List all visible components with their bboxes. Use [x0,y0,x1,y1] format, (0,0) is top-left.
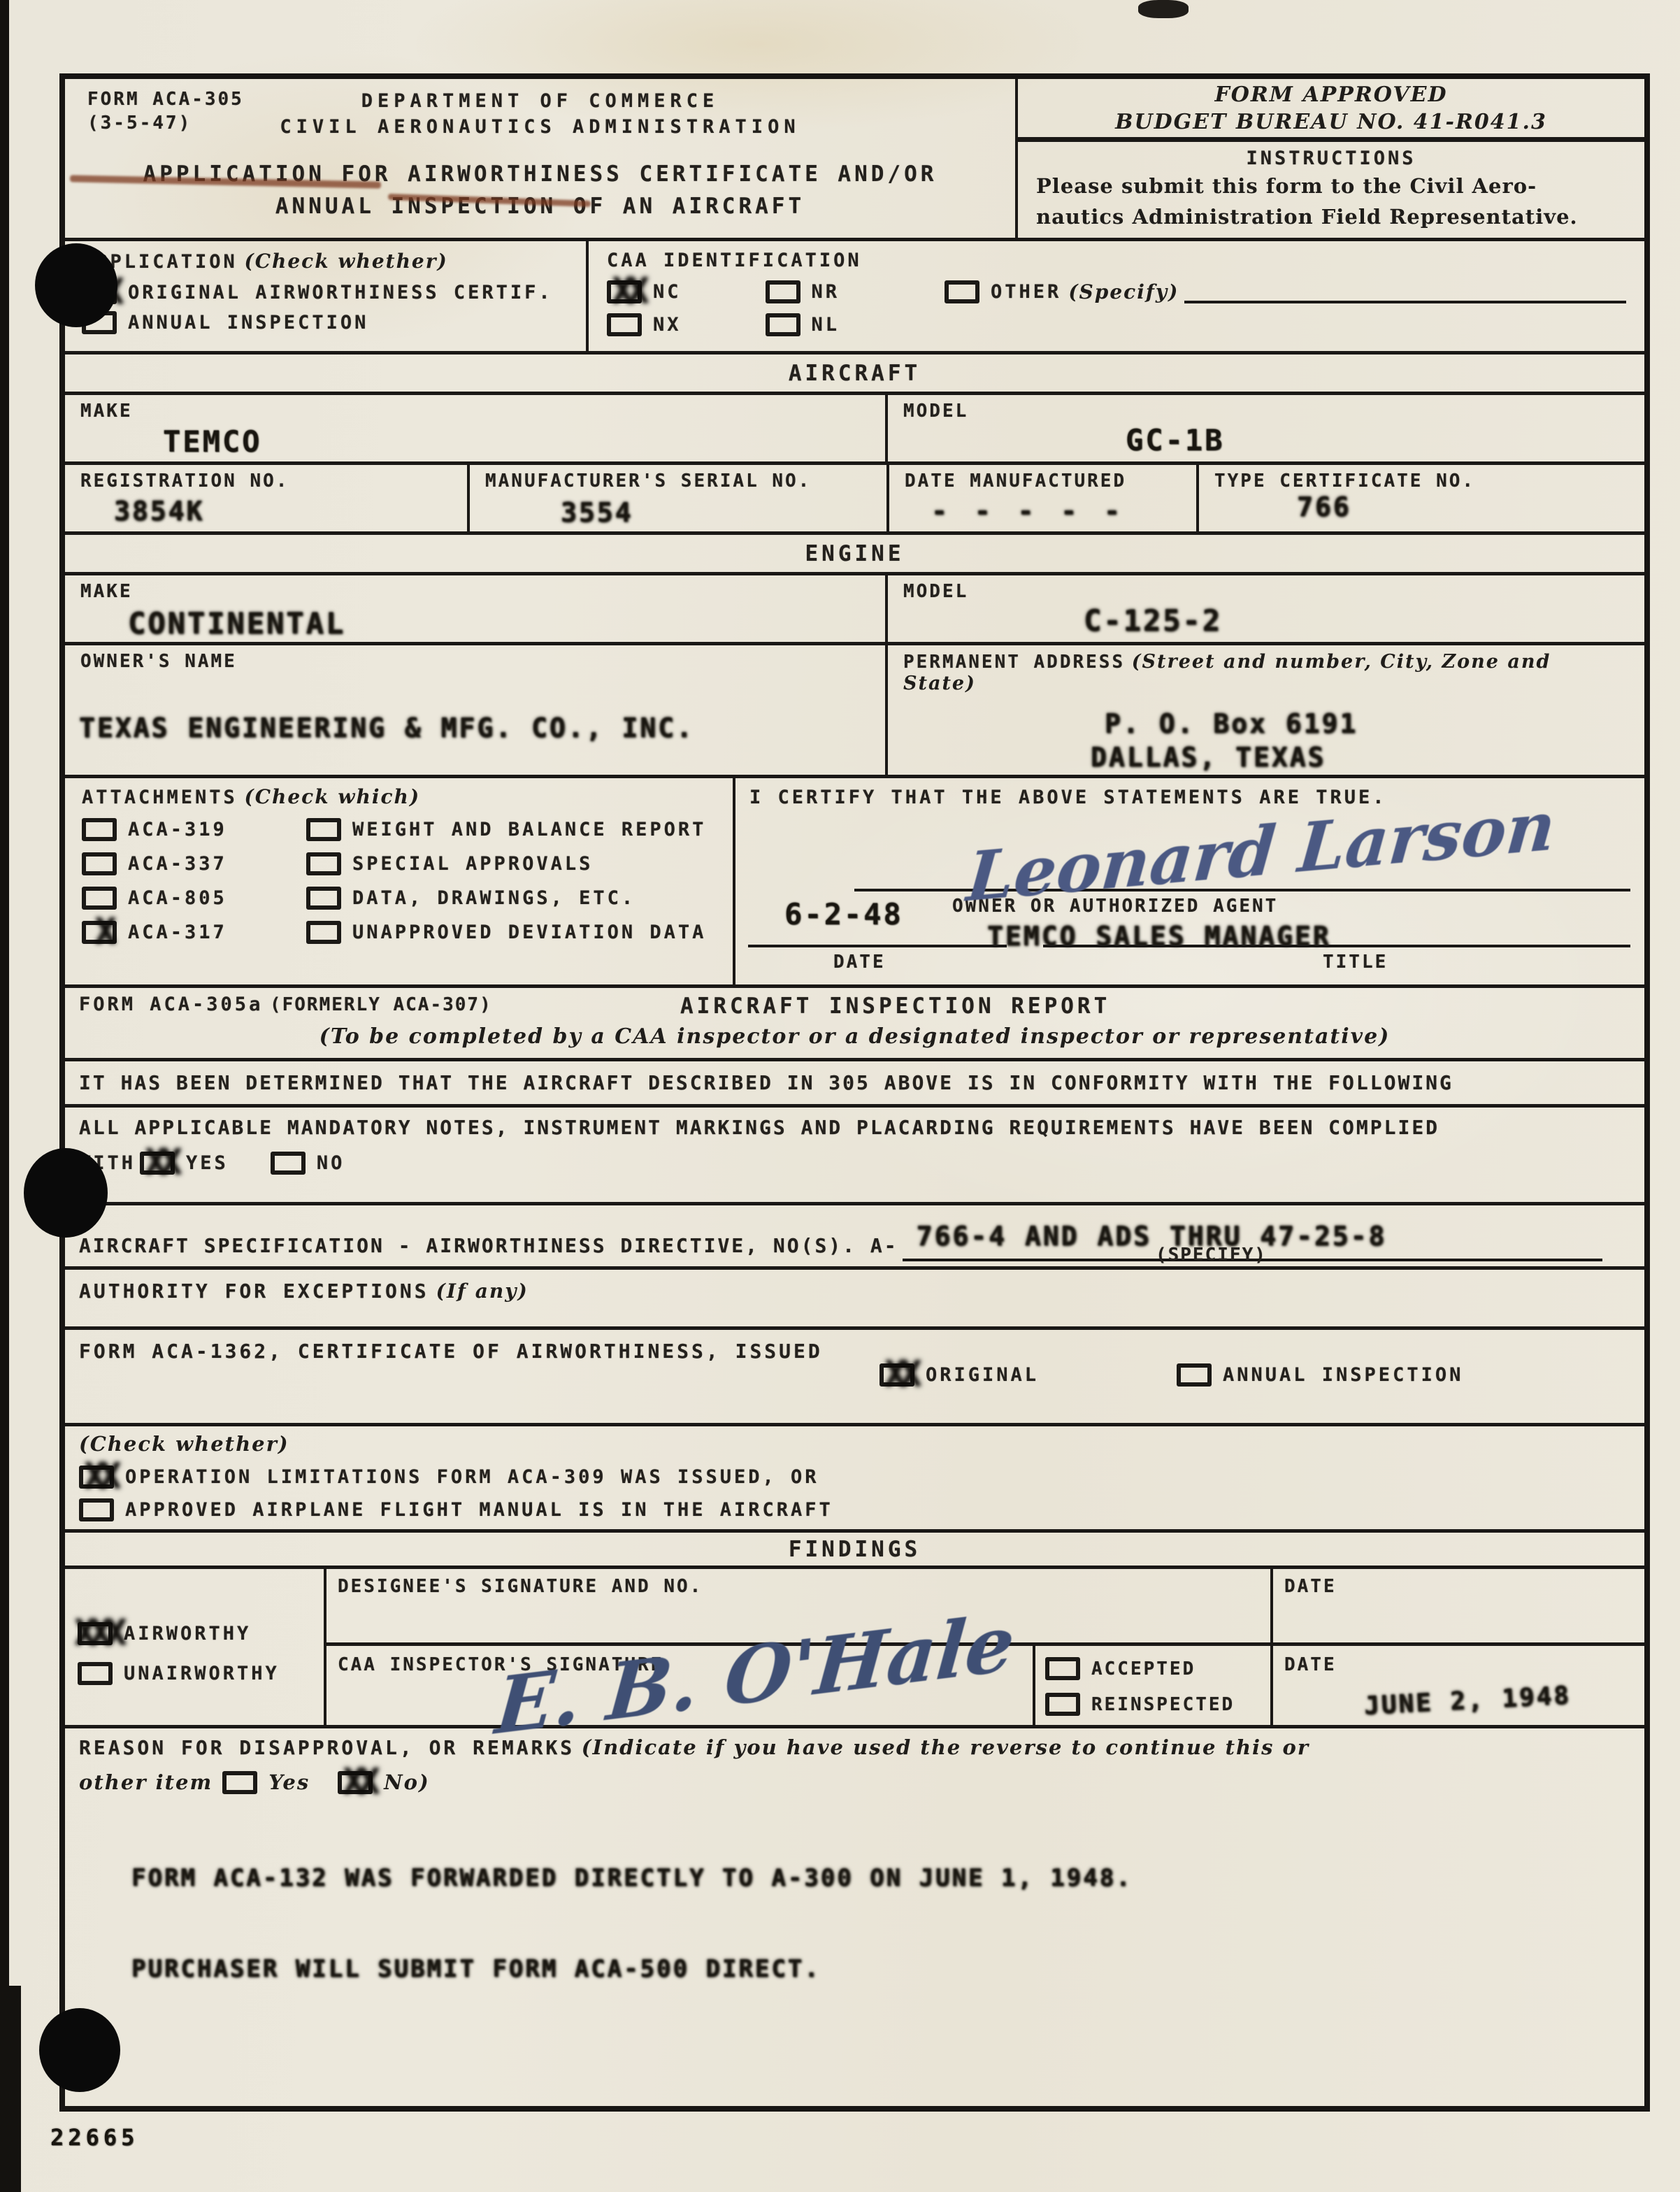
header-row: FORM ACA-305 (3-5-47) DEPARTMENT OF COMM… [65,79,1644,241]
instructions-line1: Please submit this form to the Civil Aer… [1036,171,1626,201]
nl-label: NL [812,314,840,336]
form-approved-line1: FORM APPROVED [1214,83,1447,107]
designee-date-label: DATE [1284,1576,1337,1597]
date-manufactured-cell: DATE MANUFACTURED - - - - - [886,465,1196,531]
special-approvals-checkbox[interactable] [306,852,341,875]
aca-805-label: ACA-805 [128,887,306,909]
findings-right: DESIGNEE'S SIGNATURE AND NO. DATE CAA IN… [324,1569,1644,1725]
unairworthy-checkbox[interactable] [78,1662,113,1685]
hole-punch-bottom [39,2008,120,2092]
aircraft-numbers-row: REGISTRATION NO. 3854K MANUFACTURER'S SE… [65,465,1644,535]
page-title-line2: ANNUAL INSPECTION OF AN AIRCRAFT [65,194,1015,219]
form-border: FORM ACA-305 (3-5-47) DEPARTMENT OF COMM… [59,73,1650,2112]
engine-model-value: C-125-2 [1084,603,1222,638]
aircraft-make-cell: MAKE TEMCO [65,395,885,461]
findings-verdict-cell: XXX AIRWORTHY UNAIRWORTHY [65,1569,324,1725]
inspector-row: CAA INSPECTOR'S SIGNATURE E. B. O'Hale A… [326,1646,1644,1725]
nr-label: NR [812,281,840,303]
type-certificate-cell: TYPE CERTIFICATE NO. 766 [1196,465,1644,531]
aircraft-model-label: MODEL [903,401,1644,422]
aca1362-row: FORM ACA-1362, CERTIFICATE OF AIRWORTHIN… [65,1330,1644,1426]
owner-row: OWNER'S NAME TEXAS ENGINEERING & MFG. CO… [65,645,1644,778]
reinspected-checkbox[interactable] [1045,1693,1080,1716]
hole-punch-middle [24,1148,108,1238]
unapproved-deviation-checkbox[interactable] [306,921,341,944]
owner-name-value: TEXAS ENGINEERING & MFG. CO., INC. [79,712,694,743]
instructions-line2: nautics Administration Field Representat… [1036,201,1626,232]
engine-make-cell: MAKE CONTINENTAL [65,575,885,642]
attachments-section: ATTACHMENTS (Check which) ACA-319 WEIGHT… [65,778,733,984]
attachments-label: ATTACHMENTS [82,787,238,808]
scanned-form-page: FORM ACA-305 (3-5-47) DEPARTMENT OF COMM… [0,0,1680,2192]
inspection-report-title: AIRCRAFT INSPECTION REPORT [680,994,1110,1019]
attachments-check-which: (Check which) [244,785,420,808]
aca1362-label: FORM ACA-1362, CERTIFICATE OF AIRWORTHIN… [79,1340,823,1363]
certify-title-caption: TITLE [1323,952,1388,973]
registration-value: 3854K [114,496,204,526]
nc-label: NC [653,281,682,303]
remarks-label-italic: (Indicate if you have used the reverse t… [582,1735,1309,1759]
form-305a-formerly: (FORMERLY ACA-307) [270,994,492,1015]
determined-text: IT HAS BEEN DETERMINED THAT THE AIRCRAFT… [79,1071,1453,1094]
certify-date-line[interactable] [748,945,1007,947]
remarks-no-label: No) [384,1770,430,1794]
caa-identification-section: CAA IDENTIFICATION XX NC NR OTHER (Speci… [586,241,1644,351]
serial-label: MANUFACTURER'S SERIAL NO. [485,471,886,492]
complied-yes-label: YES [186,1152,229,1174]
complied-row: ALL APPLICABLE MANDATORY NOTES, INSTRUME… [65,1108,1644,1205]
aircraft-model-value: GC-1B [1126,423,1224,457]
aircraft-make-value: TEMCO [163,424,261,459]
aircraft-make-model-row: MAKE TEMCO MODEL GC-1B [65,395,1644,465]
accepted-label: ACCEPTED [1091,1659,1196,1679]
inspector-signature-cell[interactable]: CAA INSPECTOR'S SIGNATURE E. B. O'Hale [326,1646,1033,1725]
issued-original-label: ORIGINAL [926,1364,1039,1386]
date-manufactured-value: - - - - - [931,496,1126,526]
issued-annual-checkbox[interactable] [1177,1363,1212,1387]
other-specify-line[interactable] [1184,280,1626,303]
engine-make-value: CONTINENTAL [128,606,345,640]
header-left: FORM ACA-305 (3-5-47) DEPARTMENT OF COMM… [65,79,1015,238]
registration-cell: REGISTRATION NO. 3854K [65,465,467,531]
aca-805-checkbox[interactable] [82,887,117,910]
form-approved-line2: BUDGET BUREAU NO. 41-R041.3 [1115,110,1547,134]
reinspected-label: REINSPECTED [1091,1694,1235,1715]
aca-319-checkbox[interactable] [82,818,117,841]
nx-label: NX [653,314,682,336]
form-305a-ref: FORM ACA-305a [79,994,263,1015]
determined-row: IT HAS BEEN DETERMINED THAT THE AIRCRAFT… [65,1061,1644,1108]
remarks-section: REASON FOR DISAPPROVAL, OR REMARKS (Indi… [65,1728,1644,2106]
other-checkbox[interactable] [945,280,979,303]
certify-date-caption: DATE [833,952,886,973]
header-right: FORM APPROVED BUDGET BUREAU NO. 41-R041.… [1015,79,1644,238]
application-caa-row: APPLICATION (Check whether) XX ORIGINAL … [65,241,1644,354]
nc-checkbox[interactable]: XX [607,280,642,303]
findings-title: FINDINGS [789,1537,921,1562]
operation-limitations-row: (Check whether) XX OPERATION LIMITATIONS… [65,1426,1644,1533]
scan-edge-strip [0,0,9,2192]
caa-identification-label: CAA IDENTIFICATION [607,250,1626,271]
weight-balance-label: WEIGHT AND BALANCE REPORT [352,819,706,840]
instructions-box: INSTRUCTIONS Please submit this form to … [1018,142,1644,238]
operation-limitations-checkbox[interactable]: XX [79,1466,114,1489]
annual-inspection-label: ANNUAL INSPECTION [128,312,368,334]
scan-mark-top [1138,0,1189,18]
aca-319-label: ACA-319 [128,819,306,840]
aca-317-label: ACA-317 [128,922,306,943]
remarks-body-line2: PURCHASER WILL SUBMIT FORM ACA-500 DIREC… [131,1955,1623,1983]
application-check-whether: (Check whether) [244,250,447,273]
inspection-date-cell[interactable]: DATE JUNE 2, 1948 [1270,1646,1644,1725]
engine-model-label: MODEL [903,581,1644,602]
nl-checkbox[interactable] [766,313,800,336]
engine-model-cell: MODEL C-125-2 [885,575,1644,642]
serial-value: 3554 [561,497,633,528]
aca-317-checkbox[interactable]: X [82,921,117,944]
attachment-item-row: ACA-805 DATA, DRAWINGS, ETC. [82,887,733,910]
instructions-title: INSTRUCTIONS [1036,148,1626,169]
spec-value: 766-4 AND ADS THRU 47-25-8 [917,1221,1387,1252]
serial-stamp-number: 22665 [50,2124,138,2151]
date-manufactured-label: DATE MANUFACTURED [905,471,1196,492]
aca-337-checkbox[interactable] [82,852,117,875]
issued-original-checkbox[interactable]: XX [880,1363,914,1387]
data-drawings-checkbox[interactable] [306,887,341,910]
airworthy-label: AIRWORTHY [124,1623,251,1645]
certify-statement: I CERTIFY THAT THE ABOVE STATEMENTS ARE … [749,787,1387,808]
engine-section-title: ENGINE [805,541,905,566]
engine-section-band: ENGINE [65,535,1644,575]
owner-name-label: OWNER'S NAME [80,651,885,672]
inspection-report-subtitle: (To be completed by a CAA inspector or a… [65,1024,1644,1049]
aircraft-model-cell: MODEL GC-1B [885,395,1644,461]
hole-punch-top [35,243,117,327]
certification-section: I CERTIFY THAT THE ABOVE STATEMENTS ARE … [733,778,1644,984]
aircraft-make-label: MAKE [80,401,885,422]
department-line: DEPARTMENT OF COMMERCE [65,90,1015,112]
issued-annual-label: ANNUAL INSPECTION [1223,1364,1463,1386]
owner-name-cell: OWNER'S NAME TEXAS ENGINEERING & MFG. CO… [65,645,885,775]
certify-date-value: 6-2-48 [784,897,903,931]
designee-date-cell[interactable]: DATE [1270,1569,1644,1642]
type-certificate-value: 766 [1297,492,1351,522]
engine-make-label: MAKE [80,581,885,602]
attachment-item-row: X ACA-317 UNAPPROVED DEVIATION DATA [82,921,733,944]
data-drawings-label: DATA, DRAWINGS, ETC. [352,887,636,909]
inspection-date-label: DATE [1284,1654,1337,1675]
certify-title-line[interactable] [1043,945,1630,947]
attachments-certify-row: ATTACHMENTS (Check which) ACA-319 WEIGHT… [65,778,1644,988]
type-certificate-label: TYPE CERTIFICATE NO. [1214,471,1644,492]
weight-balance-checkbox[interactable] [306,818,341,841]
spec-specify-caption: (SPECIFY) [1156,1245,1267,1266]
address-line2: DALLAS, TEXAS [1091,742,1326,773]
address-label: PERMANENT ADDRESS [903,652,1125,673]
remarks-body-line1: FORM ACA-132 WAS FORWARDED DIRECTLY TO A… [131,1864,1623,1892]
flight-manual-label: APPROVED AIRPLANE FLIGHT MANUAL IS IN TH… [125,1499,833,1521]
authority-label: AUTHORITY FOR EXCEPTIONS [79,1280,429,1303]
airworthy-checkbox[interactable]: XXX [78,1622,113,1645]
remarks-other-item: other item [79,1770,213,1794]
spec-row: AIRCRAFT SPECIFICATION - AIRWORTHINESS D… [65,1205,1644,1270]
special-approvals-label: SPECIAL APPROVALS [352,853,593,875]
engine-make-model-row: MAKE CONTINENTAL MODEL C-125-2 [65,575,1644,645]
flight-manual-checkbox[interactable] [79,1498,114,1521]
complied-yes-checkbox[interactable]: XX [140,1152,175,1175]
aca-337-label: ACA-337 [128,853,306,875]
complied-no-checkbox[interactable] [271,1152,306,1175]
inspection-date-value: JUNE 2, 1948 [1363,1681,1572,1720]
unairworthy-label: UNAIRWORTHY [124,1663,280,1684]
other-label: OTHER [991,281,1061,303]
authority-if-any: (If any) [436,1280,529,1303]
unapproved-deviation-label: UNAPPROVED DEVIATION DATA [352,922,706,943]
address-line1: P. O. Box 6191 [1105,708,1358,739]
form-approved-box: FORM APPROVED BUDGET BUREAU NO. 41-R041.… [1018,79,1644,142]
designee-signature-label: DESIGNEE'S SIGNATURE AND NO. [338,1576,703,1597]
attachment-item-row: ACA-337 SPECIAL APPROVALS [82,852,733,875]
op-check-whether: (Check whether) [79,1432,1644,1456]
application-section: APPLICATION (Check whether) XX ORIGINAL … [65,241,586,351]
nx-checkbox[interactable] [607,313,642,336]
complied-text: ALL APPLICABLE MANDATORY NOTES, INSTRUME… [79,1116,1644,1139]
operation-limitations-label: OPERATION LIMITATIONS FORM ACA-309 WAS I… [125,1466,819,1488]
aircraft-section-title: AIRCRAFT [789,361,921,386]
administration-line: CIVIL AERONAUTICS ADMINISTRATION [65,116,1015,138]
aircraft-section-band: AIRCRAFT [65,354,1644,395]
remarks-yes-checkbox[interactable] [222,1771,257,1794]
other-specify-label: (Specify) [1068,280,1179,303]
complied-no-label: NO [317,1152,345,1174]
original-airworthiness-label: ORIGINAL AIRWORTHINESS CERTIF. [128,282,553,303]
accepted-checkbox[interactable] [1045,1657,1080,1680]
acceptance-cell: ACCEPTED REINSPECTED [1033,1646,1270,1725]
findings-band: FINDINGS [65,1533,1644,1569]
owner-address-cell: PERMANENT ADDRESS (Street and number, Ci… [885,645,1644,775]
inspection-report-header: FORM ACA-305a (FORMERLY ACA-307) AIRCRAF… [65,988,1644,1061]
attachment-item-row: ACA-319 WEIGHT AND BALANCE REPORT [82,818,733,841]
nr-checkbox[interactable] [766,280,800,303]
remarks-no-checkbox[interactable]: XX [338,1771,373,1794]
remarks-yes-label: Yes [268,1770,310,1794]
spec-label: AIRCRAFT SPECIFICATION - AIRWORTHINESS D… [79,1234,898,1257]
findings-table: XXX AIRWORTHY UNAIRWORTHY DESIGNEE'S SIG… [65,1569,1644,1728]
serial-cell: MANUFACTURER'S SERIAL NO. 3554 [467,465,886,531]
registration-label: REGISTRATION NO. [80,471,467,492]
scan-edge-strip-bottom [0,1986,21,2192]
authority-row: AUTHORITY FOR EXCEPTIONS (If any) [65,1270,1644,1330]
